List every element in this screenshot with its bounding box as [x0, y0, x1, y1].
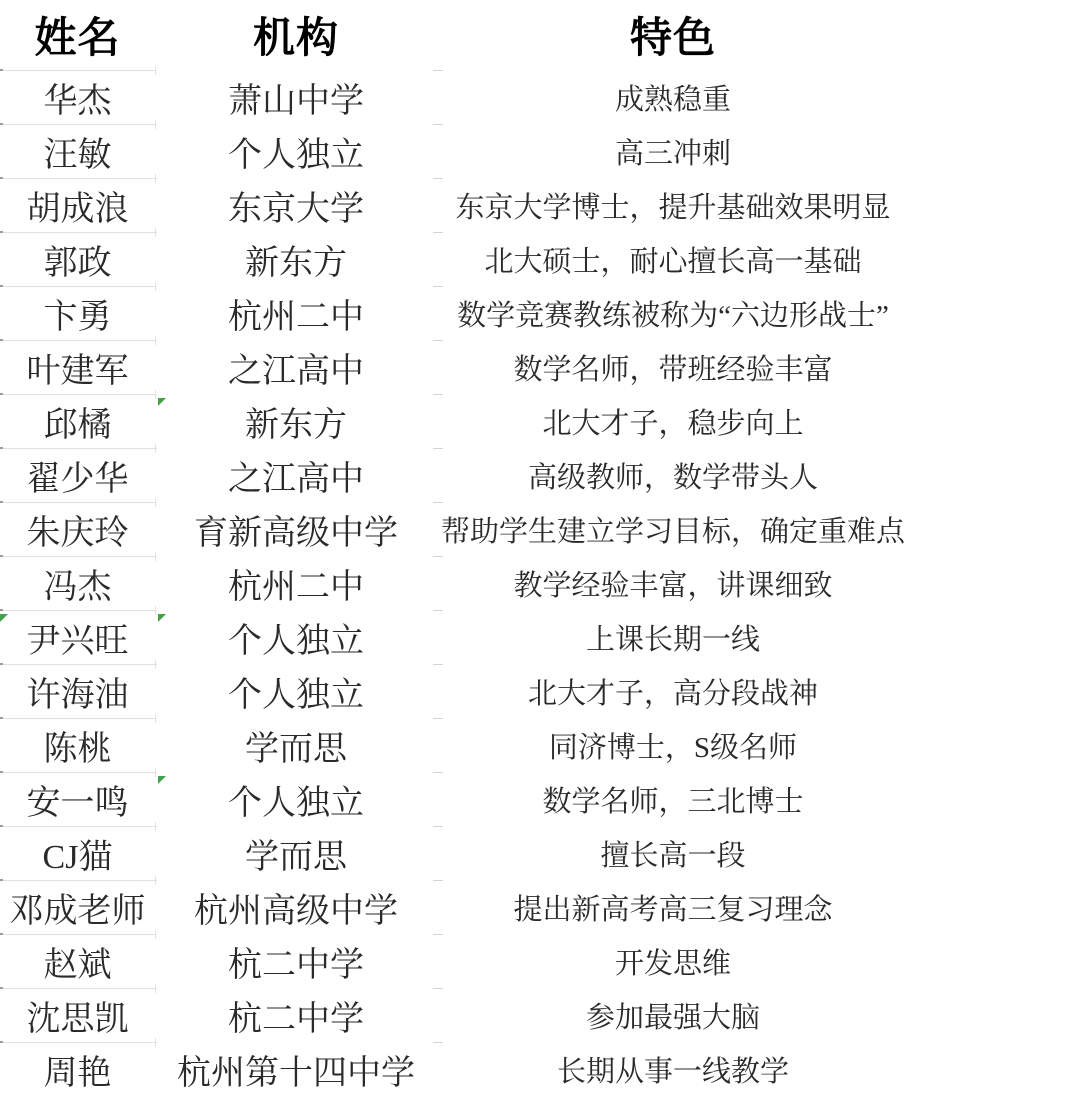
feature-text: 开发思维 [615, 941, 731, 982]
feature-text: 上课长期一线 [586, 617, 760, 658]
name-text: 安一鸣 [27, 775, 129, 824]
org-text: 之江高中 [228, 451, 364, 500]
org-text: 个人独立 [228, 127, 364, 176]
cell-org[interactable]: 杭二中学 [155, 988, 437, 1042]
org-text: 杭州二中 [228, 559, 364, 608]
cell-name[interactable]: 邱橘 [0, 394, 155, 448]
column-header-feature[interactable]: 特色 [437, 0, 909, 70]
cell-name[interactable]: 汪敏 [0, 124, 155, 178]
feature-text: 教学经验丰富，讲课细致 [513, 563, 832, 604]
feature-text: 高级教师，数学带头人 [528, 455, 818, 496]
cell-org[interactable]: 个人独立 [155, 664, 437, 718]
feature-text: 东京大学博士，提升基础效果明显 [455, 185, 890, 226]
cell-org[interactable]: 萧山中学 [155, 70, 437, 124]
cell-feature[interactable]: 成熟稳重 [437, 70, 909, 124]
org-text: 新东方 [245, 235, 347, 284]
cell-feature[interactable]: 北大硕士，耐心擅长高一基础 [437, 232, 909, 286]
feature-text: 数学名师，三北博士 [542, 779, 803, 820]
org-text: 育新高级中学 [194, 505, 398, 554]
cell-name[interactable]: 邓成老师 [0, 880, 155, 934]
cell-name[interactable]: 胡成浪 [0, 178, 155, 232]
cell-org[interactable]: 之江高中 [155, 448, 437, 502]
org-text: 杭州二中 [228, 289, 364, 338]
org-text: 萧山中学 [228, 73, 364, 122]
org-text: 个人独立 [228, 775, 364, 824]
cell-org[interactable]: 学而思 [155, 718, 437, 772]
cell-name[interactable]: 华杰 [0, 70, 155, 124]
cell-org[interactable]: 个人独立 [155, 610, 437, 664]
name-text: 尹兴旺 [27, 613, 129, 662]
cell-name[interactable]: 朱庆玲 [0, 502, 155, 556]
name-text: 朱庆玲 [27, 505, 129, 554]
cell-feature[interactable]: 数学名师，三北博士 [437, 772, 909, 826]
cell-org[interactable]: 育新高级中学 [155, 502, 437, 556]
name-text: 卞勇 [44, 289, 112, 338]
cell-feature[interactable]: 北大才子，高分段战神 [437, 664, 909, 718]
cell-org[interactable]: 杭二中学 [155, 934, 437, 988]
feature-text: 擅长高一段 [600, 833, 745, 874]
name-text: 沈思凯 [27, 991, 129, 1040]
cell-name[interactable]: 郭政 [0, 232, 155, 286]
cell-org[interactable]: 杭州高级中学 [155, 880, 437, 934]
feature-text: 北大才子，稳步向上 [542, 401, 803, 442]
teacher-table: 姓名 机构 特色 华杰萧山中学成熟稳重汪敏个人独立高三冲刺胡成浪东京大学东京大学… [0, 0, 1080, 1095]
column-header-org[interactable]: 机构 [155, 0, 437, 70]
name-text: 郭政 [44, 235, 112, 284]
cell-name[interactable]: 许海油 [0, 664, 155, 718]
org-text: 个人独立 [228, 613, 364, 662]
feature-text: 数学名师，带班经验丰富 [513, 347, 832, 388]
cell-org[interactable]: 个人独立 [155, 124, 437, 178]
org-text: 杭州高级中学 [194, 883, 398, 932]
name-text: 汪敏 [44, 127, 112, 176]
cell-feature[interactable]: 长期从事一线教学 [437, 1042, 909, 1095]
org-text: 个人独立 [228, 667, 364, 716]
name-text: 周艳 [44, 1045, 112, 1094]
feature-text: 提出新高考高三复习理念 [513, 887, 832, 928]
cell-org[interactable]: 杭州二中 [155, 556, 437, 610]
org-text: 杭二中学 [228, 991, 364, 1040]
name-text: 陈桃 [44, 721, 112, 770]
cell-feature[interactable]: 东京大学博士，提升基础效果明显 [437, 178, 909, 232]
feature-text: 高三冲刺 [615, 131, 731, 172]
name-text: 翟少华 [27, 451, 129, 500]
cell-feature[interactable]: 参加最强大脑 [437, 988, 909, 1042]
name-text: 邱橘 [44, 397, 112, 446]
cell-name[interactable]: 冯杰 [0, 556, 155, 610]
org-text: 东京大学 [228, 181, 364, 230]
feature-text: 帮助学生建立学习目标，确定重难点 [441, 509, 905, 550]
column-header-name[interactable]: 姓名 [0, 0, 155, 70]
name-text: 赵斌 [44, 937, 112, 986]
org-text: 杭州第十四中学 [177, 1045, 415, 1094]
cell-name[interactable]: 卞勇 [0, 286, 155, 340]
org-text: 杭二中学 [228, 937, 364, 986]
cell-name[interactable]: CJ猫 [0, 826, 155, 880]
name-text: 冯杰 [44, 559, 112, 608]
org-text: 之江高中 [228, 343, 364, 392]
cell-feature[interactable]: 北大才子，稳步向上 [437, 394, 909, 448]
feature-text: 参加最强大脑 [586, 995, 760, 1036]
name-text: 许海油 [27, 667, 129, 716]
org-text: 新东方 [245, 397, 347, 446]
name-text: 华杰 [44, 73, 112, 122]
cell-org[interactable]: 新东方 [155, 232, 437, 286]
feature-text: 长期从事一线教学 [557, 1049, 789, 1090]
cell-org[interactable]: 之江高中 [155, 340, 437, 394]
name-text: 胡成浪 [27, 181, 129, 230]
name-text: 叶建军 [27, 343, 129, 392]
cell-org[interactable]: 新东方 [155, 394, 437, 448]
cell-name[interactable]: 叶建军 [0, 340, 155, 394]
org-text: 学而思 [245, 721, 347, 770]
cell-feature[interactable]: 数学名师，带班经验丰富 [437, 340, 909, 394]
feature-text: 北大才子，高分段战神 [528, 671, 818, 712]
cell-org[interactable]: 东京大学 [155, 178, 437, 232]
cell-feature[interactable]: 上课长期一线 [437, 610, 909, 664]
name-text: CJ猫 [43, 829, 113, 878]
cell-org[interactable]: 个人独立 [155, 772, 437, 826]
feature-text: 数学竞赛教练被称为“六边形战士” [457, 293, 889, 334]
spreadsheet-view: 姓名 机构 特色 华杰萧山中学成熟稳重汪敏个人独立高三冲刺胡成浪东京大学东京大学… [0, 0, 1080, 1095]
org-text: 学而思 [245, 829, 347, 878]
cell-feature[interactable]: 高三冲刺 [437, 124, 909, 178]
cell-feature[interactable]: 擅长高一段 [437, 826, 909, 880]
cell-name[interactable]: 周艳 [0, 1042, 155, 1095]
cell-feature[interactable]: 教学经验丰富，讲课细致 [437, 556, 909, 610]
cell-name[interactable]: 安一鸣 [0, 772, 155, 826]
cell-name[interactable]: 翟少华 [0, 448, 155, 502]
feature-text: 同济博士，S级名师 [549, 725, 797, 766]
cell-feature[interactable]: 同济博士，S级名师 [437, 718, 909, 772]
cell-feature[interactable]: 开发思维 [437, 934, 909, 988]
cell-feature[interactable]: 高级教师，数学带头人 [437, 448, 909, 502]
cell-org[interactable]: 杭州二中 [155, 286, 437, 340]
cell-org[interactable]: 学而思 [155, 826, 437, 880]
cell-feature[interactable]: 数学竞赛教练被称为“六边形战士” [437, 286, 909, 340]
cell-org[interactable]: 杭州第十四中学 [155, 1042, 437, 1095]
feature-text: 成熟稳重 [615, 77, 731, 118]
cell-name[interactable]: 沈思凯 [0, 988, 155, 1042]
name-text: 邓成老师 [10, 883, 146, 932]
cell-feature[interactable]: 提出新高考高三复习理念 [437, 880, 909, 934]
feature-text: 北大硕士，耐心擅长高一基础 [484, 239, 861, 280]
cell-name[interactable]: 陈桃 [0, 718, 155, 772]
cell-feature[interactable]: 帮助学生建立学习目标，确定重难点 [437, 502, 909, 556]
cell-name[interactable]: 赵斌 [0, 934, 155, 988]
cell-name[interactable]: 尹兴旺 [0, 610, 155, 664]
